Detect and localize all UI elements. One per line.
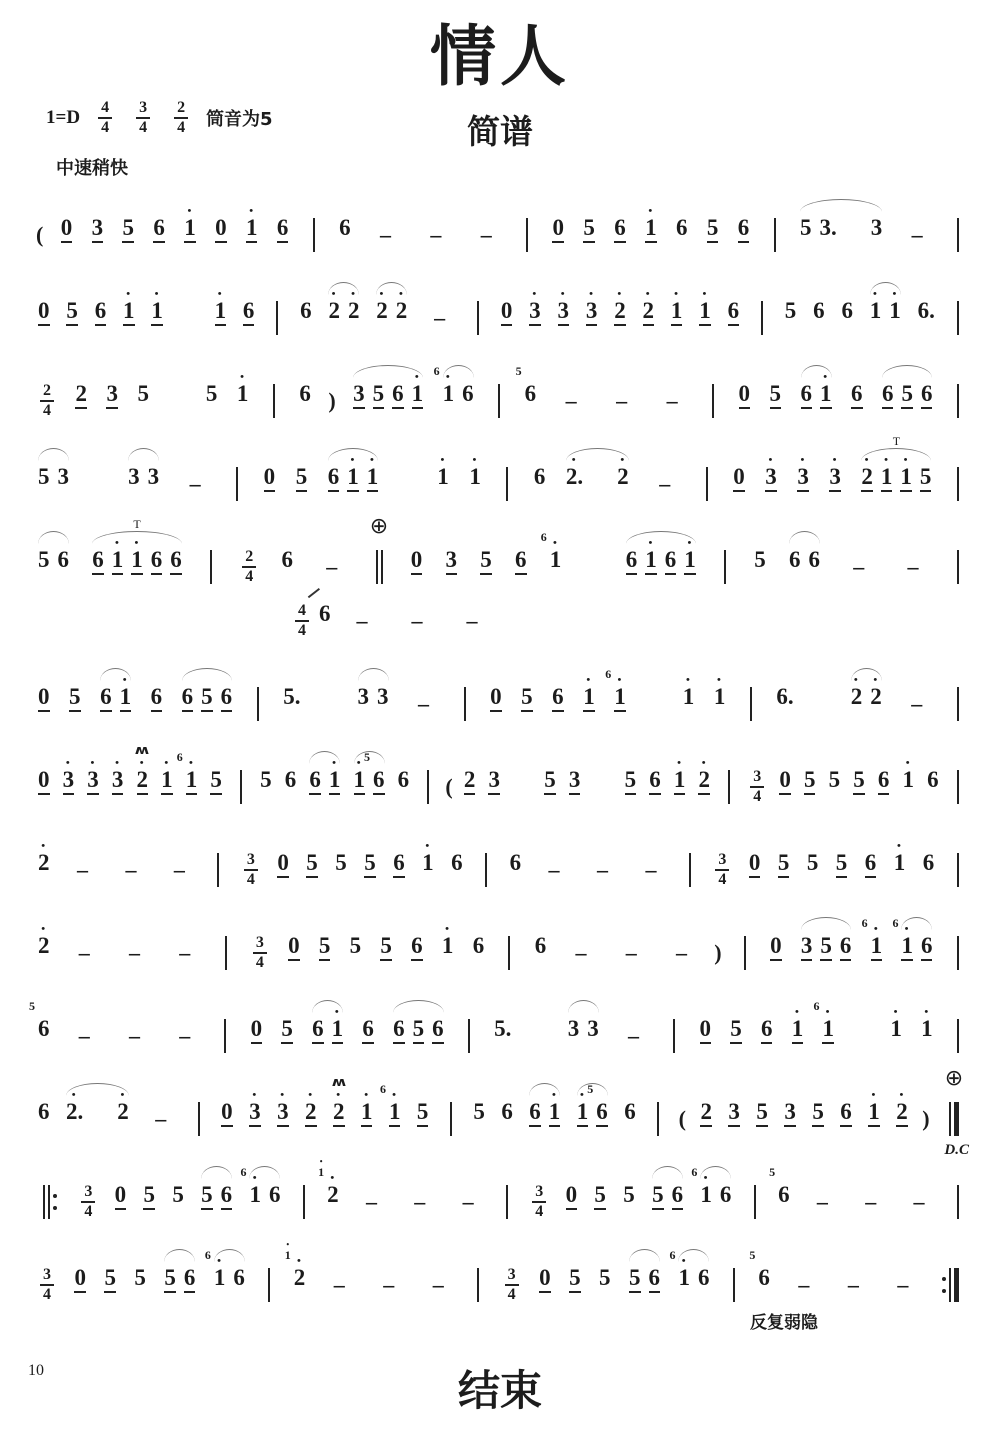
- ts-denominator: 4: [84, 1203, 92, 1220]
- octave-dot-icon: •: [586, 675, 590, 686]
- note: •1: [161, 768, 173, 795]
- note: 6: [153, 216, 165, 243]
- parenthesis: (: [36, 224, 43, 246]
- note-number: 5: [364, 851, 376, 878]
- note: 6: [312, 1017, 324, 1044]
- note-number: 1: [792, 1017, 804, 1044]
- note-number: 1: [678, 1266, 690, 1291]
- note-number: 3: [353, 382, 365, 409]
- note-number: 6: [58, 548, 70, 573]
- dash: –: [155, 1108, 166, 1130]
- note-number: 6.: [776, 685, 793, 710]
- note: 5: [583, 216, 595, 243]
- note-number: 6: [789, 548, 801, 573]
- note: 5: [281, 1017, 293, 1044]
- note: 0: [749, 851, 761, 878]
- slur-group: •2.•2: [62, 1100, 133, 1125]
- note-number: 2: [617, 465, 629, 490]
- note: 0: [411, 548, 423, 575]
- note: •2: [348, 299, 360, 324]
- note: 5: [373, 382, 385, 409]
- slur-group: 356•1: [349, 382, 427, 409]
- note-number: 3: [586, 299, 598, 326]
- note-number: 6: [840, 1100, 852, 1127]
- octave-dot-icon: •: [648, 206, 652, 217]
- note: 6.: [776, 685, 793, 710]
- octave-dot-icon: •: [297, 1256, 301, 1267]
- barline: [526, 218, 528, 252]
- note: 6: [393, 1017, 405, 1044]
- note-number: 6: [473, 934, 485, 959]
- dash: –: [129, 942, 140, 964]
- note: 5: [778, 851, 790, 878]
- barline: [506, 467, 508, 501]
- note-number: 6: [698, 1266, 710, 1291]
- dash: –: [645, 859, 656, 881]
- note: 5: [569, 1266, 581, 1293]
- note-number: 2: [327, 1183, 339, 1208]
- barline: [750, 687, 752, 721]
- octave-dot-icon: •: [140, 758, 144, 769]
- octave-dot-icon: •: [833, 455, 837, 466]
- dash: –: [190, 473, 201, 495]
- note: 3: [58, 465, 70, 490]
- slur-group: 33: [124, 465, 163, 490]
- note: •1: [714, 685, 726, 710]
- note-number: 5: [137, 382, 149, 407]
- note-number: 1: [583, 685, 595, 712]
- slur-group: 6•1: [525, 1100, 564, 1127]
- barline: [43, 1185, 45, 1219]
- slur-arc: [652, 1166, 683, 1179]
- barline: [198, 1102, 200, 1136]
- note-number: 6: [309, 768, 321, 795]
- note: 6: [809, 548, 821, 573]
- grace-note: 5: [29, 1000, 35, 1012]
- note-number: 5: [164, 1266, 176, 1293]
- note-number: 2: [700, 1100, 712, 1127]
- grace-note: 6: [605, 668, 611, 680]
- octave-dot-icon: •: [332, 758, 336, 769]
- slur-arc: [38, 531, 69, 544]
- coda-icon: ⊕: [945, 1066, 963, 1091]
- note-number: 1: [684, 548, 696, 575]
- note: •3: [797, 465, 809, 492]
- slur-group: 33: [564, 1017, 603, 1042]
- note-number: 5: [473, 1100, 485, 1125]
- octave-dot-icon: •: [41, 841, 45, 852]
- note-number: 3: [558, 299, 570, 326]
- octave-dot-icon: •: [308, 1090, 312, 1101]
- note: 5: [521, 685, 533, 712]
- dash: –: [865, 1191, 876, 1213]
- note-number: 5.: [494, 1017, 511, 1042]
- note: 5: [296, 465, 308, 492]
- note: 5: [335, 851, 347, 876]
- dash: –: [463, 1191, 474, 1213]
- note: 5: [812, 1100, 824, 1127]
- note: 6: [151, 548, 163, 575]
- ts-numerator: 2: [174, 100, 188, 119]
- note-number: 6: [534, 465, 546, 490]
- note-number: 3: [569, 768, 581, 795]
- slur-arc: [789, 531, 820, 544]
- note-number: 5: [569, 1266, 581, 1293]
- note: 6.: [918, 299, 935, 324]
- barline: [303, 1185, 305, 1219]
- dash: –: [434, 307, 445, 329]
- slur-arc: [358, 668, 389, 681]
- note-number: 6: [277, 216, 289, 243]
- note: 6: [432, 1017, 444, 1044]
- note: 6: [921, 382, 933, 409]
- note-number: 2.: [566, 465, 583, 490]
- note: 6: [328, 465, 340, 492]
- grace-note: 5: [516, 365, 522, 377]
- dash: –: [817, 1191, 828, 1213]
- note-number: 2: [75, 382, 87, 409]
- time-signature: 3 4: [136, 100, 150, 136]
- note-number: 1: [699, 299, 711, 326]
- octave-dot-icon: •: [350, 455, 354, 466]
- note: 6: [552, 685, 564, 712]
- dash: –: [566, 390, 577, 412]
- note-number: 5: [480, 548, 492, 575]
- music-line: 34055566•161••2–––34055566•1656–––反复弱隐: [34, 1266, 968, 1304]
- note-number: 6: [510, 851, 522, 876]
- note-number: 1: [329, 768, 341, 795]
- note-number: 5: [373, 382, 385, 409]
- ts-denominator: 4: [139, 119, 147, 136]
- note: •1: [889, 299, 901, 324]
- note: •2.: [566, 465, 583, 490]
- barline: [506, 1185, 508, 1219]
- octave-dot-icon: •: [674, 289, 678, 300]
- note-number: 2: [851, 685, 863, 710]
- grace-note: 6: [892, 917, 898, 929]
- fingering-label: 筒音为5: [206, 105, 273, 131]
- slur-mark: T: [893, 434, 900, 449]
- note: 5: [707, 216, 719, 243]
- note: 6: [698, 1266, 710, 1291]
- barline: [485, 853, 487, 887]
- barline: [477, 1268, 479, 1302]
- note: 6: [92, 548, 104, 575]
- note-number: 2: [396, 299, 408, 324]
- note: 6: [462, 382, 474, 407]
- dash: –: [174, 859, 185, 881]
- note: 0: [277, 851, 289, 878]
- octave-dot-icon: •: [873, 675, 877, 686]
- time-signature: 44: [295, 603, 309, 639]
- note: 6: [269, 1183, 281, 1208]
- octave-dot-icon: •: [218, 289, 222, 300]
- octave-dot-icon: •: [924, 1007, 928, 1018]
- octave-dot-icon: •: [253, 1173, 257, 1184]
- note: 0: [74, 1266, 86, 1293]
- note: •2: [617, 465, 629, 490]
- octave-dot-icon: •: [717, 675, 721, 686]
- dash: –: [412, 610, 423, 632]
- note: •1: [151, 299, 163, 326]
- note: •1: [900, 465, 912, 492]
- note: 5.: [283, 685, 300, 710]
- note-number: 5: [756, 1100, 768, 1127]
- octave-dot-icon: •: [336, 1090, 340, 1101]
- dash: –: [912, 224, 923, 246]
- note-number: 6: [38, 1017, 50, 1042]
- note-number: 1: [645, 216, 657, 243]
- octave-dot-icon: •: [769, 455, 773, 466]
- note-number: 2: [305, 1100, 317, 1127]
- note: 6: [841, 299, 853, 324]
- note-number: 6: [339, 216, 351, 241]
- note-number: 0: [115, 1183, 127, 1210]
- note: 6: [233, 1266, 245, 1291]
- note-number: 5: [807, 851, 819, 876]
- note-number: 0: [221, 1100, 233, 1127]
- slur-arc: [882, 365, 933, 378]
- time-signature: 24: [242, 549, 256, 585]
- note: •1: [354, 768, 366, 795]
- note-number: 5: [104, 1266, 116, 1293]
- dash: –: [481, 224, 492, 246]
- octave-dot-icon: •: [392, 1090, 396, 1101]
- note-number: 2: [333, 1100, 345, 1127]
- note-number: 5: [417, 1100, 429, 1127]
- sheet-music-page: 情人 1=D 4 4 3 4 2 4 筒音为5 简谱 中速稍快 (0356•10…: [0, 0, 1000, 1430]
- octave-dot-icon: •: [123, 675, 127, 686]
- note-number: 6: [515, 548, 527, 575]
- note: 6•1: [443, 382, 455, 407]
- slur-group: 656: [178, 685, 237, 712]
- note-number: 3: [58, 465, 70, 490]
- note-number: 6: [362, 1017, 374, 1044]
- slur-group: 656: [878, 382, 937, 409]
- note: 6•1: [389, 1100, 401, 1127]
- note-number: 6: [328, 465, 340, 492]
- note-number: 6: [596, 1100, 608, 1127]
- note: 6: [38, 1100, 50, 1125]
- note: 56: [596, 1100, 608, 1127]
- note: 3: [728, 1100, 740, 1127]
- octave-dot-icon: •: [874, 924, 878, 935]
- note-number: 5: [201, 685, 213, 712]
- note-number: 6: [221, 1183, 233, 1210]
- note-number: 0: [501, 299, 513, 326]
- note: 3: [148, 465, 160, 490]
- grace-note: 6: [380, 1083, 386, 1095]
- dash: –: [357, 610, 368, 632]
- note: •1: [112, 548, 124, 575]
- note: 0: [539, 1266, 551, 1293]
- time-signature: 34: [81, 1184, 95, 1220]
- note: 6: [393, 851, 405, 878]
- note-number: 0: [779, 768, 791, 795]
- note-number: 3: [488, 768, 500, 795]
- note-number: 1: [671, 299, 683, 326]
- dash: –: [798, 1274, 809, 1296]
- dash: –: [433, 1274, 444, 1296]
- slur-group: 56: [197, 1183, 236, 1210]
- slur-arc: [201, 1166, 232, 1179]
- octave-dot-icon: •: [899, 1090, 903, 1101]
- slur-group: 56: [160, 1266, 199, 1293]
- octave-dot-icon: •: [826, 1007, 830, 1018]
- octave-dot-icon: •: [115, 758, 119, 769]
- note: 6: [665, 548, 677, 575]
- octave-dot-icon: •: [906, 758, 910, 769]
- slur-group: 56: [648, 1183, 687, 1210]
- note: 6: [738, 216, 750, 243]
- dash: –: [79, 1025, 90, 1047]
- octave-dot-icon: •: [425, 841, 429, 852]
- note: •1: [442, 934, 454, 959]
- barline: [954, 1268, 959, 1302]
- grace-note: 6: [240, 1166, 246, 1178]
- note-number: 0: [215, 216, 227, 243]
- barline: [949, 1268, 951, 1302]
- grace-note: 6: [669, 1249, 675, 1261]
- note: 5: [38, 548, 50, 573]
- octave-dot-icon: •: [252, 1090, 256, 1101]
- note-number: 1: [550, 548, 562, 573]
- octave-dot-icon: •: [280, 1090, 284, 1101]
- note-number: 6: [758, 1266, 770, 1291]
- note-number: 6: [411, 934, 423, 961]
- ts-numerator: 2: [242, 549, 256, 568]
- slur-group: •1•1: [866, 299, 905, 324]
- note: 5: [754, 548, 766, 573]
- note-number: 1: [871, 934, 883, 961]
- music-line: 34055566•161••2–––34055566•1656–––: [34, 1183, 968, 1221]
- time-signature: 34: [505, 1267, 519, 1303]
- barline: [754, 1185, 756, 1219]
- note-number: 3: [249, 1100, 261, 1127]
- slur-group: 6•1•1: [324, 465, 383, 492]
- grace-note: 6: [177, 751, 183, 763]
- note-number: 6: [432, 1017, 444, 1044]
- barline: [733, 1268, 735, 1302]
- note-number: 1: [894, 851, 906, 876]
- octave-dot-icon: •: [187, 206, 191, 217]
- note-number: 5: [754, 548, 766, 573]
- octave-dot-icon: •: [532, 289, 536, 300]
- note: 3: [871, 216, 883, 241]
- note: •1: [422, 851, 434, 876]
- octave-dot-icon: •: [120, 1090, 124, 1101]
- grace-note: 1•: [318, 1166, 324, 1178]
- note: 0: [215, 216, 227, 243]
- note-number: 1: [112, 548, 124, 575]
- slur-group: •2•2: [372, 299, 411, 324]
- octave-dot-icon: •: [580, 1090, 584, 1101]
- note: 5: [625, 768, 637, 795]
- note: 56: [38, 1017, 50, 1042]
- octave-dot-icon: •: [865, 455, 869, 466]
- note: •1: [120, 685, 132, 712]
- note: •3: [112, 768, 124, 795]
- barline: [276, 301, 278, 335]
- note-number: 6: [300, 299, 312, 324]
- barline: [217, 853, 219, 887]
- slur-arc: [801, 917, 852, 930]
- note: •1: [412, 382, 424, 409]
- note: •1: [820, 382, 832, 409]
- note: 3: [377, 685, 389, 710]
- note-number: 6: [151, 548, 163, 575]
- note: 6: [362, 1017, 374, 1044]
- parenthesis: (: [445, 776, 452, 798]
- note-number: 2: [870, 685, 882, 710]
- note-number: 5: [836, 851, 848, 878]
- note: 5: [785, 299, 797, 324]
- note: 6: [398, 768, 410, 793]
- slur-group: 6•16: [897, 934, 936, 961]
- note: 6: [676, 216, 688, 241]
- barline: [236, 467, 238, 501]
- page-title: 情人: [0, 0, 1000, 90]
- note: 6: [624, 1100, 636, 1125]
- note: 6: [720, 1183, 732, 1208]
- note: 6: [300, 299, 312, 324]
- note-number: 5: [66, 299, 78, 326]
- note: •2: [614, 299, 626, 326]
- octave-dot-icon: •: [904, 455, 908, 466]
- note: 0: [61, 216, 73, 243]
- note-number: 6: [373, 768, 385, 795]
- music-line: 242355•16)356•16•1656–––056•16656: [34, 382, 968, 420]
- note-number: 6: [927, 768, 939, 793]
- time-signature: 34: [715, 852, 729, 888]
- slur-group: 6•1: [797, 382, 836, 409]
- note: •3: [63, 768, 75, 795]
- note-number: 5: [599, 1266, 611, 1291]
- note-number: 5: [785, 299, 797, 324]
- note-number: 0: [61, 216, 73, 243]
- ts-denominator: 4: [753, 788, 761, 805]
- music-line: 056•166565.33–056•16•1•1•16.•2•2–: [34, 685, 968, 723]
- time-signature: 34: [750, 769, 764, 805]
- note-number: 1: [577, 1100, 589, 1127]
- key-signature: 1=D: [46, 107, 80, 129]
- note-number: 3: [728, 1100, 740, 1127]
- note: 2: [700, 1100, 712, 1127]
- barline: [761, 301, 763, 335]
- octave-dot-icon: •: [572, 455, 576, 466]
- ts-denominator: 4: [101, 119, 109, 136]
- note: 5: [172, 1183, 184, 1208]
- note-number: 6: [100, 685, 112, 712]
- slur-group: •2•2: [847, 685, 886, 710]
- note-number: 0: [552, 216, 564, 243]
- dash: –: [616, 390, 627, 412]
- note-number: 6: [312, 1017, 324, 1044]
- note-number: 6: [626, 548, 638, 575]
- note-number: 2: [861, 465, 873, 492]
- note-number: 1: [131, 548, 143, 575]
- note-number: 6: [151, 685, 163, 712]
- octave-dot-icon: •: [320, 1158, 323, 1166]
- note-number: 1: [714, 685, 726, 710]
- ts-denominator: 4: [718, 871, 726, 888]
- note-number: 6: [865, 851, 877, 878]
- time-signature: 4 4: [98, 100, 112, 136]
- barline: [464, 687, 466, 721]
- octave-dot-icon: •: [687, 538, 691, 549]
- slur-group: 66: [785, 548, 824, 573]
- note: 5: [836, 851, 848, 878]
